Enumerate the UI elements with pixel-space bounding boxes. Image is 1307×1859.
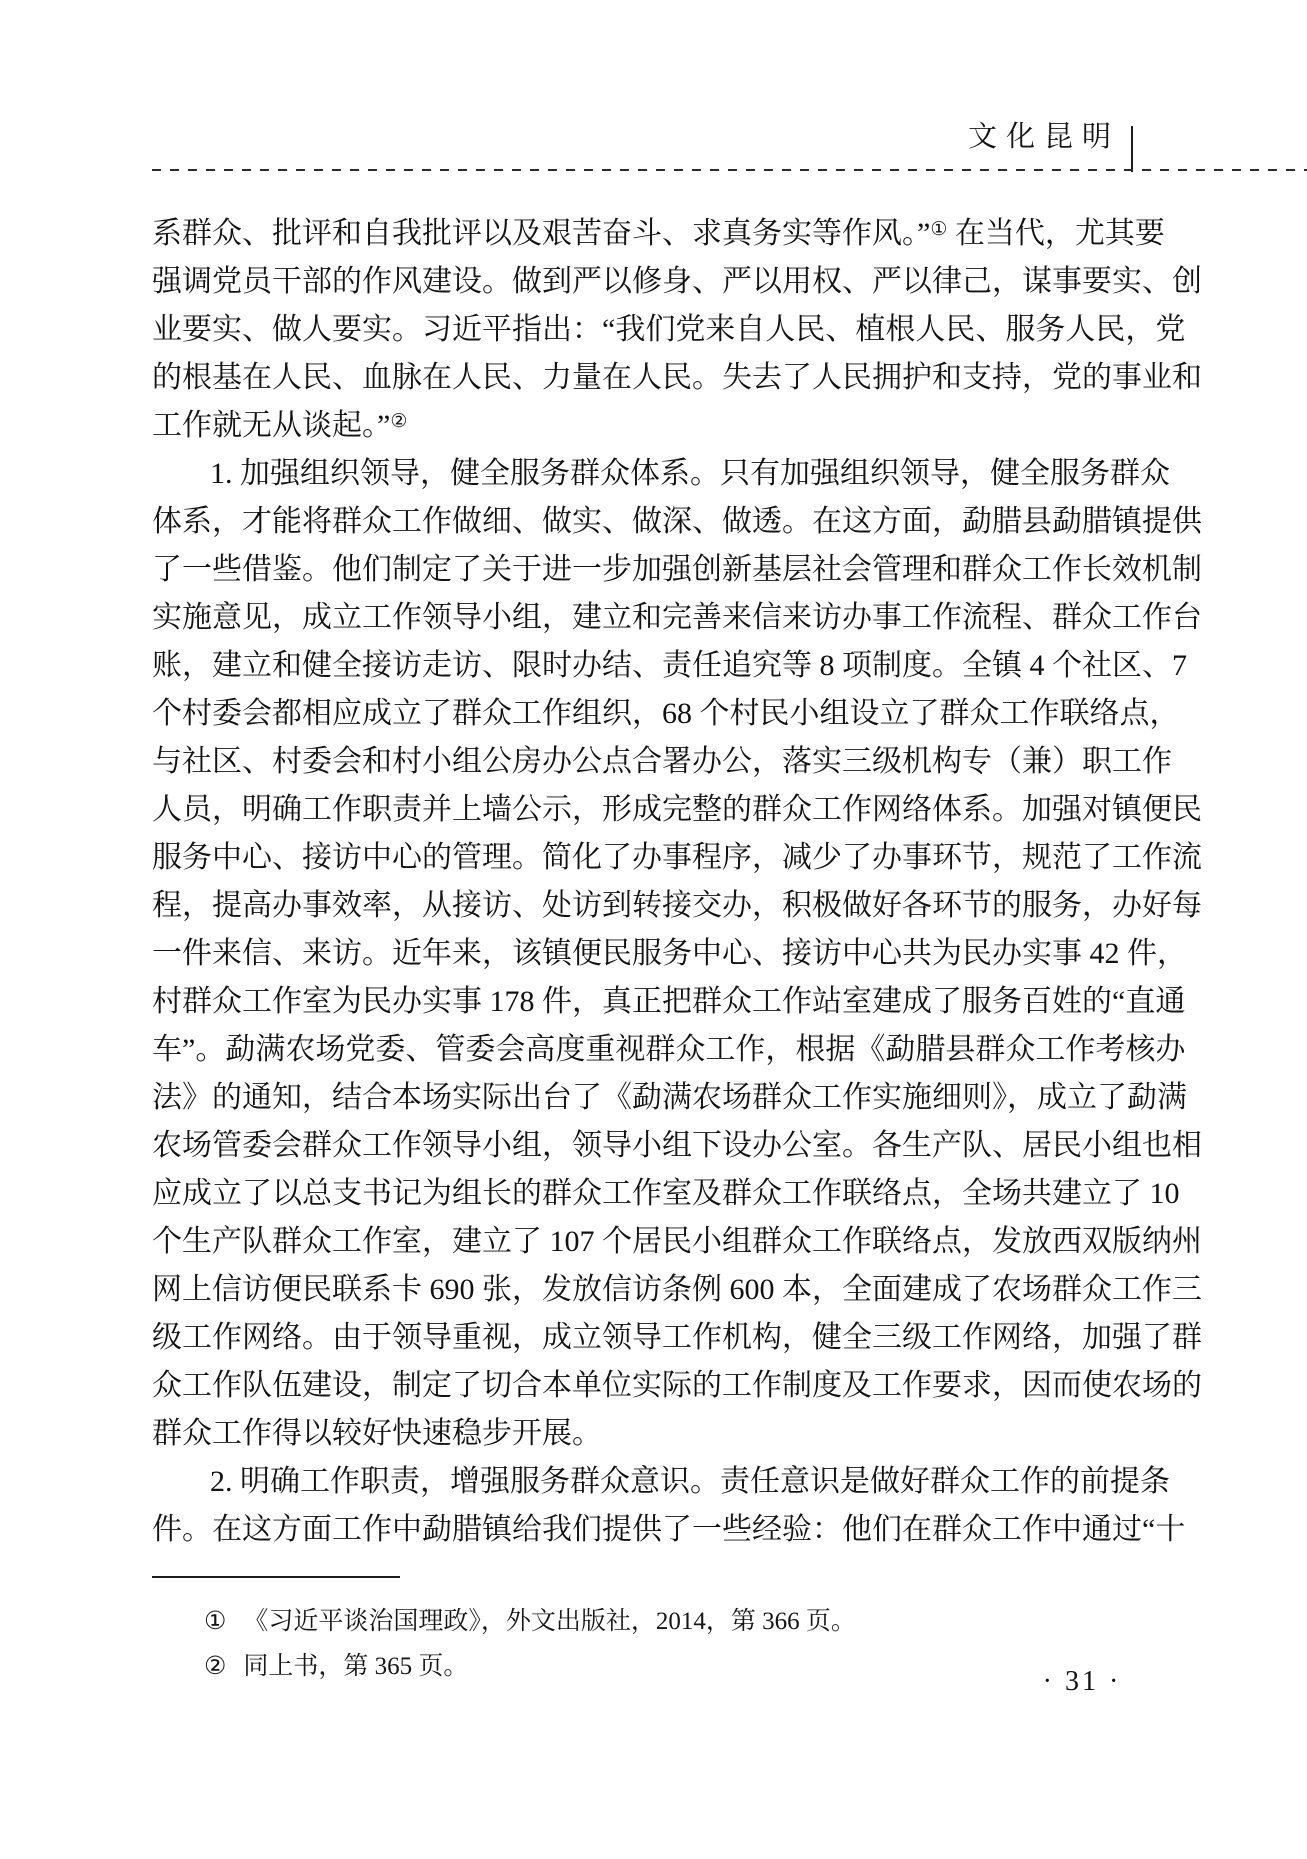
header-dashed-rule: [152, 169, 1307, 171]
body-text-line: 群众工作得以较好快速稳步开展。: [152, 1410, 1158, 1458]
body-text-line: 账，建立和健全接访走访、限时办结、责任追究等 8 项制度。全镇 4 个社区、7: [152, 642, 1158, 690]
body-text-line: 个村委会都相应成立了群众工作组织，68 个村民小组设立了群众工作联络点，: [152, 690, 1158, 738]
footnote-text: 《习近平谈治国理政》，外文出版社，2014，第 366 页。: [243, 1608, 856, 1635]
body-text-line: 村群众工作室为民办实事 178 件，真正把群众工作站室建成了服务百姓的“直通: [152, 978, 1158, 1026]
body-text-line: 与社区、村委会和村小组公房办公点合署办公，落实三级机构专（兼）职工作: [152, 738, 1158, 786]
body-text-line: 的根基在人民、血脉在人民、力量在人民。失去了人民拥护和支持，党的事业和: [152, 354, 1158, 402]
footnote-item: ①《习近平谈治国理政》，外文出版社，2014，第 366 页。: [152, 1599, 1158, 1644]
body-text-line: 1. 加强组织领导，健全服务群众体系。只有加强组织领导，健全服务群众: [152, 450, 1158, 498]
body-text-block: 系群众、批评和自我批评以及艰苦奋斗、求真务实等作风。”① 在当代，尤其要 强调党…: [152, 210, 1158, 1554]
body-text-line: 了一些借鉴。他们制定了关于进一步加强创新基层社会管理和群众工作长效机制: [152, 546, 1158, 594]
body-text-line: 法》的通知，结合本场实际出台了《勐满农场群众工作实施细则》，成立了勐满: [152, 1074, 1158, 1122]
footnote-item: ②同上书，第 365 页。: [152, 1644, 1158, 1689]
body-text-line: 一件来信、来访。近年来，该镇便民服务中心、接访中心共为民办实事 42 件，: [152, 930, 1158, 978]
body-text-line: 网上信访便民联系卡 690 张，发放信访条例 600 本，全面建成了农场群众工作…: [152, 1266, 1158, 1314]
footnote-ref: ②: [390, 411, 407, 432]
body-text-line: 众工作队伍建设，制定了切合本单位实际的工作制度及工作要求，因而使农场的: [152, 1362, 1158, 1410]
page-number: · 31 ·: [1022, 1660, 1142, 1704]
body-text-line: 车”。勐满农场党委、管委会高度重视群众工作，根据《勐腊县群众工作考核办: [152, 1026, 1158, 1074]
body-text-line: 应成立了以总支书记为组长的群众工作室及群众工作联络点，全场共建立了 10: [152, 1170, 1158, 1218]
footnote-marker: ①: [204, 1599, 226, 1644]
body-text-line: 人员，明确工作职责并上墙公示，形成完整的群众工作网络体系。加强对镇便民: [152, 786, 1158, 834]
header-vertical-divider: [1131, 126, 1133, 172]
body-text-line: 业要实、做人要实。习近平指出：“我们党来自人民、植根人民、服务人民，党: [152, 306, 1158, 354]
footnotes-block: ①《习近平谈治国理政》，外文出版社，2014，第 366 页。 ②同上书，第 3…: [152, 1599, 1158, 1689]
document-page: 文化昆明 系群众、批评和自我批评以及艰苦奋斗、求真务实等作风。”① 在当代，尤其…: [0, 0, 1307, 1859]
body-text-line: 工作就无从谈起。”②: [152, 402, 1158, 450]
body-text-line: 系群众、批评和自我批评以及艰苦奋斗、求真务实等作风。”① 在当代，尤其要: [152, 210, 1158, 258]
body-text-line: 级工作网络。由于领导重视，成立领导工作机构，健全三级工作网络，加强了群: [152, 1314, 1158, 1362]
body-text-line: 强调党员干部的作风建设。做到严以修身、严以用权、严以律己，谋事要实、创: [152, 258, 1158, 306]
body-text-line: 实施意见，成立工作领导小组，建立和完善来信来访办事工作流程、群众工作台: [152, 594, 1158, 642]
footnote-marker: ②: [204, 1644, 226, 1689]
body-text-line: 农场管委会群众工作领导小组，领导小组下设办公室。各生产队、居民小组也相: [152, 1122, 1158, 1170]
page-header-title: 文化昆明: [968, 116, 1124, 158]
body-text-line: 2. 明确工作职责，增强服务群众意识。责任意识是做好群众工作的前提条: [152, 1458, 1158, 1506]
body-text-line: 件。在这方面工作中勐腊镇给我们提供了一些经验：他们在群众工作中通过“十: [152, 1506, 1158, 1554]
body-text-line: 程，提高办事效率，从接访、处访到转接交办，积极做好各环节的服务，办好每: [152, 882, 1158, 930]
body-text-line: 体系，才能将群众工作做细、做实、做深、做透。在这方面，勐腊县勐腊镇提供: [152, 498, 1158, 546]
footnote-text: 同上书，第 365 页。: [243, 1653, 468, 1680]
footnote-ref: ①: [930, 219, 947, 240]
footnote-separator-rule: [152, 1576, 400, 1578]
body-text-line: 个生产队群众工作室，建立了 107 个居民小组群众工作联络点，发放西双版纳州: [152, 1218, 1158, 1266]
body-text-line: 服务中心、接访中心的管理。简化了办事程序，减少了办事环节，规范了工作流: [152, 834, 1158, 882]
